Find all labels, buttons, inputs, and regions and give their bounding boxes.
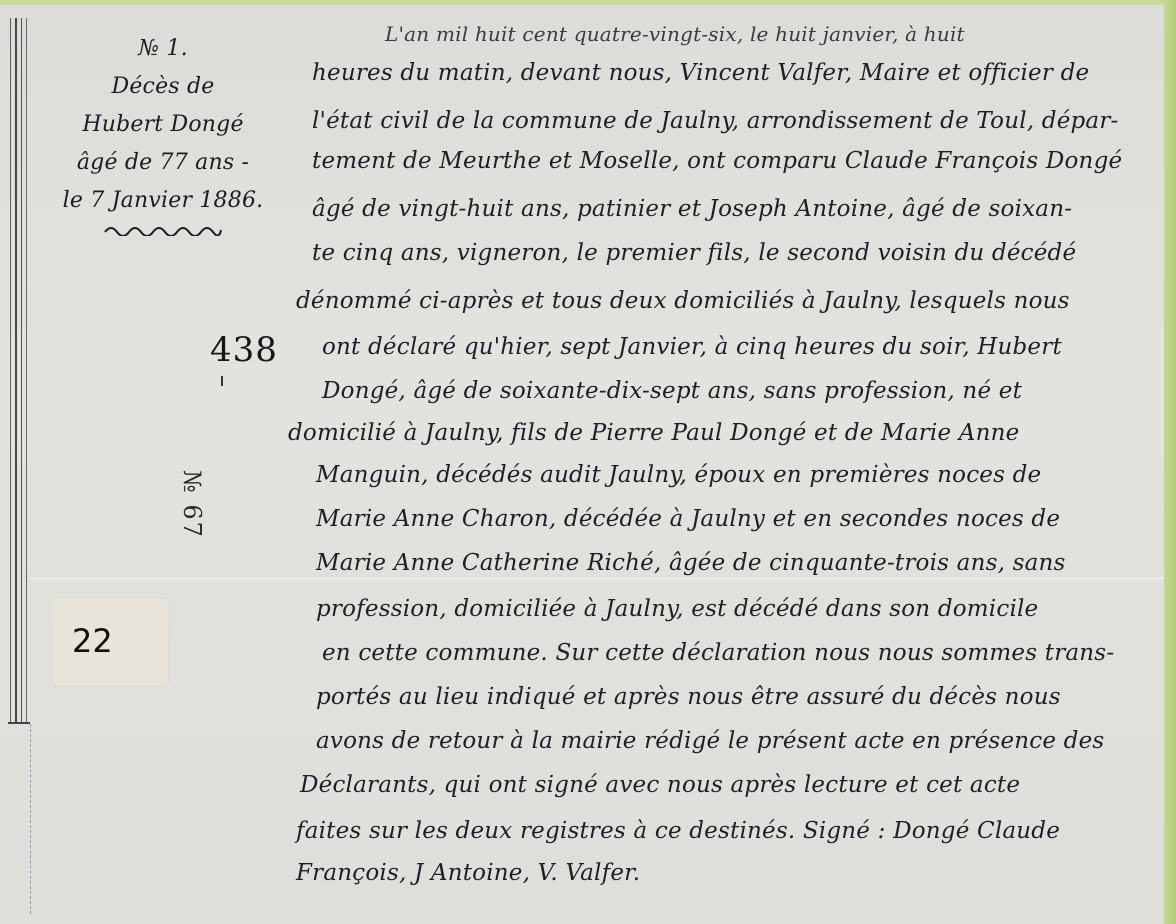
register-page: № 1. Décès de Hubert Dongé âgé de 77 ans…	[0, 0, 1166, 924]
record-line: l'état civil de la commune de Jaulny, ar…	[312, 108, 1119, 134]
record-signatures: François, J Antoine, V. Valfer.	[296, 860, 640, 886]
record-line: avons de retour à la mairie rédigé le pr…	[316, 728, 1104, 754]
record-line: âgé de vingt-huit ans, patinier et Josep…	[312, 196, 1072, 222]
record-line: L'an mil huit cent quatre-vingt-six, le …	[385, 22, 965, 46]
record-line: dénommé ci-après et tous deux domiciliés…	[296, 288, 1070, 314]
record-line: te cinq ans, vigneron, le premier fils, …	[312, 240, 1076, 266]
record-line: Dongé, âgé de soixante-dix-sept ans, san…	[322, 378, 1022, 404]
record-line: Marie Anne Charon, décédée à Jaulny et e…	[316, 506, 1060, 532]
record-line: domicilié à Jaulny, fils de Pierre Paul …	[288, 420, 1019, 446]
record-line: Manguin, décédés audit Jaulny, époux en …	[316, 462, 1041, 488]
record-line: tement de Meurthe et Moselle, ont compar…	[312, 148, 1122, 174]
record-line: portés au lieu indiqué et après nous êtr…	[316, 684, 1061, 710]
background-right-edge	[1164, 0, 1176, 924]
death-record-body: L'an mil huit cent quatre-vingt-six, le …	[0, 0, 1166, 924]
background-top-edge	[0, 0, 1176, 5]
record-line: Marie Anne Catherine Riché, âgée de cinq…	[316, 550, 1066, 576]
record-line: en cette commune. Sur cette déclaration …	[322, 640, 1114, 666]
record-line: profession, domiciliée à Jaulny, est déc…	[316, 596, 1038, 622]
record-line: Déclarants, qui ont signé avec nous aprè…	[300, 772, 1020, 798]
record-line: heures du matin, devant nous, Vincent Va…	[312, 60, 1089, 86]
record-line: ont déclaré qu'hier, sept Janvier, à cin…	[322, 334, 1062, 360]
record-line: faites sur les deux registres à ce desti…	[296, 818, 1060, 844]
